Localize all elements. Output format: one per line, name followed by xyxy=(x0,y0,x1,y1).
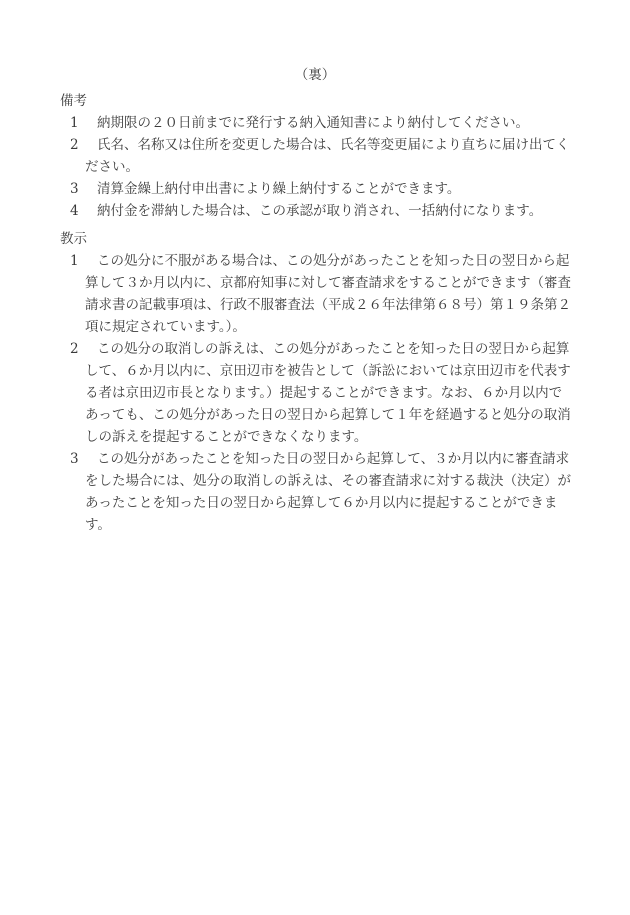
item-line: ださい。 xyxy=(85,156,610,178)
item-line: る者は京田辺市長となります。）提起することができます。なお、６か月以内で xyxy=(85,382,610,404)
item-line: 2この処分の取消しの訴えは、この処分があったことを知った日の翌日から起算 xyxy=(85,338,610,360)
item-text: この処分があったことを知った日の翌日から起算して、３か月以内に審査請求 xyxy=(97,451,569,467)
remarks-item-1: 1納期限の２０日前までに発行する納入通知書により納付してください。 xyxy=(60,112,610,134)
item-text: この処分の取消しの訴えは、この処分があったことを知った日の翌日から起算 xyxy=(97,341,569,357)
item-line: しの訴えを提起することができなくなります。 xyxy=(85,426,610,448)
item-text: 納付金を滞納した場合は、この承認が取り消され、一括納付になります。 xyxy=(97,203,542,219)
document-page: （裏） 備考 1納期限の２０日前までに発行する納入通知書により納付してください。… xyxy=(0,0,630,915)
remarks-section: 備考 1納期限の２０日前までに発行する納入通知書により納付してください。 2氏名… xyxy=(60,90,610,222)
item-line: 算して３か月以内に、京都府知事に対して審査請求をすることができます（審査 xyxy=(85,272,610,294)
item-line: 項に規定されています。）。 xyxy=(85,316,610,338)
item-line: あっても、この処分があった日の翌日から起算して１年を経過すると処分の取消 xyxy=(85,404,610,426)
instructions-title: 教示 xyxy=(60,228,610,250)
item-line: 2氏名、名称又は住所を変更した場合は、氏名等変更届により直ちに届け出てく xyxy=(85,134,610,156)
item-number: 1 xyxy=(70,250,97,272)
item-line: をした場合には、処分の取消しの訴えは、その審査請求に対する裁決（決定）が xyxy=(85,470,610,492)
item-line: 1納期限の２０日前までに発行する納入通知書により納付してください。 xyxy=(85,112,610,134)
item-number: 1 xyxy=(70,112,97,134)
item-line: 1この処分に不服がある場合は、この処分があったことを知った日の翌日から起 xyxy=(85,250,610,272)
item-line: 3この処分があったことを知った日の翌日から起算して、３か月以内に審査請求 xyxy=(85,448,610,470)
remarks-title: 備考 xyxy=(60,90,610,112)
page-side-label: （裏） xyxy=(0,64,630,86)
item-text: 清算金繰上納付申出書により繰上納付することができます。 xyxy=(97,181,460,197)
instructions-item-2: 2この処分の取消しの訴えは、この処分があったことを知った日の翌日から起算 して、… xyxy=(60,338,610,448)
instructions-section: 教示 1この処分に不服がある場合は、この処分があったことを知った日の翌日から起 … xyxy=(60,228,610,536)
item-line: 4納付金を滞納した場合は、この承認が取り消され、一括納付になります。 xyxy=(85,200,610,222)
item-number: 3 xyxy=(70,448,97,470)
item-text: 氏名、名称又は住所を変更した場合は、氏名等変更届により直ちに届け出てく xyxy=(97,137,570,153)
item-line: す。 xyxy=(85,514,610,536)
remarks-item-2: 2氏名、名称又は住所を変更した場合は、氏名等変更届により直ちに届け出てく ださい… xyxy=(60,134,610,178)
instructions-item-3: 3この処分があったことを知った日の翌日から起算して、３か月以内に審査請求 をした… xyxy=(60,448,610,536)
item-text: 納期限の２０日前までに発行する納入通知書により納付してください。 xyxy=(97,115,529,131)
item-line: 請求書の記載事項は、行政不服審査法（平成２６年法律第６８号）第１９条第２ xyxy=(85,294,610,316)
item-line: あったことを知った日の翌日から起算して６か月以内に提起することができま xyxy=(85,492,610,514)
instructions-item-1: 1この処分に不服がある場合は、この処分があったことを知った日の翌日から起 算して… xyxy=(60,250,610,338)
item-number: 2 xyxy=(70,338,97,360)
remarks-item-3: 3清算金繰上納付申出書により繰上納付することができます。 xyxy=(60,178,610,200)
item-line: して、６か月以内に、京田辺市を被告として（訴訟においては京田辺市を代表す xyxy=(85,360,610,382)
item-line: 3清算金繰上納付申出書により繰上納付することができます。 xyxy=(85,178,610,200)
remarks-item-4: 4納付金を滞納した場合は、この承認が取り消され、一括納付になります。 xyxy=(60,200,610,222)
item-text: この処分に不服がある場合は、この処分があったことを知った日の翌日から起 xyxy=(97,253,569,269)
item-number: 4 xyxy=(70,200,97,222)
item-number: 2 xyxy=(70,134,97,156)
item-number: 3 xyxy=(70,178,97,200)
